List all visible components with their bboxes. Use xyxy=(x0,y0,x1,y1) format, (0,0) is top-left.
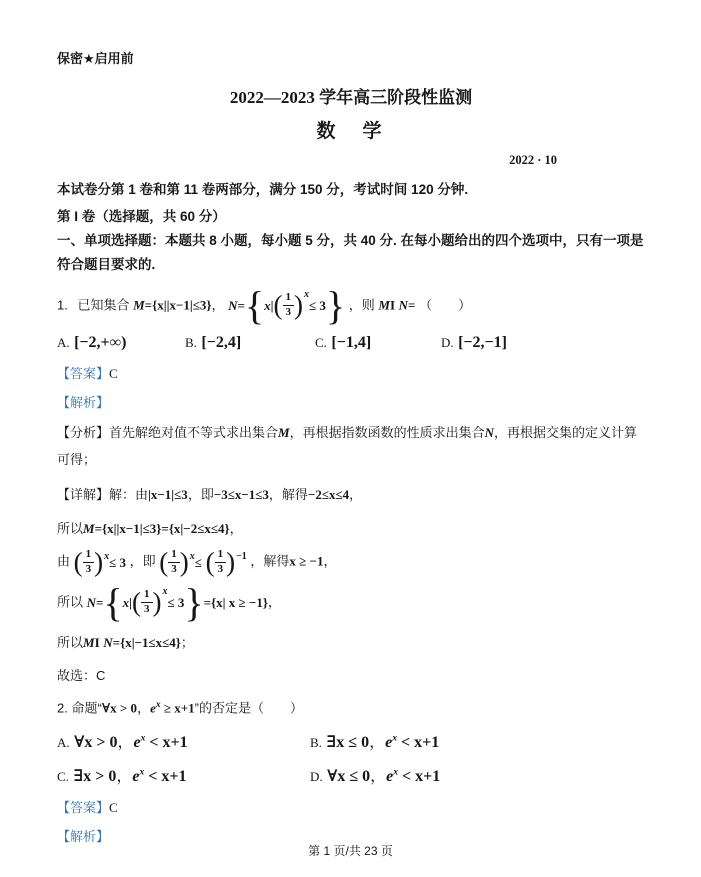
option-d: D. ∀x ≤ 0，ex < x+1 xyxy=(310,763,440,786)
left-paren: ( xyxy=(159,549,168,576)
option-a-label: A. xyxy=(57,335,70,350)
equals-sign: = xyxy=(161,521,168,536)
quantifier-condition: ∀x > 0 xyxy=(102,700,137,715)
set-n-name: N xyxy=(399,297,408,312)
comma: ， xyxy=(116,768,132,785)
fraction-numerator: 1 xyxy=(215,548,227,563)
option-c: C. ∃x > 0，ex < x+1 xyxy=(57,763,310,786)
question-1-detail: 【详解】解：由|x−1|≤3，即−3≤x−1≤3，解得−2≤x≤4， xyxy=(57,485,645,505)
fraction-denominator: 3 xyxy=(168,563,180,577)
question-1-answer-line: 【答案】C xyxy=(57,364,645,384)
question-2-answer-line: 【答案】C xyxy=(57,798,645,818)
inequality-rest: < x+1 xyxy=(145,734,187,751)
comma: ， xyxy=(369,734,385,751)
solution-inequality: x ≥ −1 xyxy=(289,554,323,569)
relation: ≤ xyxy=(195,553,202,573)
question-1-stem: 1. 已知集合 M={x||x−1|≤3}， N={x|(13)x≤ 3} ，则… xyxy=(57,286,645,326)
comma: ， xyxy=(137,700,150,715)
right-paren: ) xyxy=(226,549,235,576)
detail-formula-2: −3≤x−1≤3 xyxy=(214,487,269,502)
fraction-denominator: 3 xyxy=(283,306,295,320)
right-brace: } xyxy=(326,286,345,326)
exam-info: 本试卷分第 1 卷和第 11 卷两部分，满分 150 分，考试时间 120 分钟… xyxy=(57,178,645,198)
option-b: B. [−2,4] xyxy=(185,334,315,352)
solution-line-n: 所以 N={x|(13)x≤ 3}={x| x ≥ −1}， xyxy=(57,583,645,623)
left-brace: { xyxy=(245,286,264,326)
fraction-one-third: 13 xyxy=(168,548,180,577)
set-n-formula: N={x|(13)x≤ 3} xyxy=(228,286,345,326)
option-c-label: C. xyxy=(315,335,327,350)
comma: ， xyxy=(268,594,281,609)
fraction-denominator: 3 xyxy=(83,563,95,577)
quantifier-condition: ∃x ≤ 0 xyxy=(326,734,369,751)
inequality-rest: < x+1 xyxy=(144,768,186,785)
set-n-name: N xyxy=(87,593,96,613)
comma: ， xyxy=(230,521,243,536)
equals-sign: = xyxy=(408,297,415,312)
question-1-analysis-tag: 【解析】 xyxy=(57,393,645,413)
set-n-solution-formula: N={x|(13)x≤ 3}={x| x ≥ −1} xyxy=(87,583,268,623)
set-n-name: N xyxy=(103,635,112,650)
option-a: A. [−2,+∞) xyxy=(57,334,185,352)
question-1-number: 1. xyxy=(57,297,68,312)
option-d-label: D. xyxy=(310,769,323,784)
power-group-1: (13)x≤ 3 xyxy=(74,548,126,577)
answer-blank-parens: （ ） xyxy=(419,297,471,312)
fenxi-text-2: ，再根据指数函数的性质求出集合 xyxy=(290,425,485,440)
question-1-conclusion: 故选：C xyxy=(57,666,645,686)
set-expression: {x|−2≤x≤4} xyxy=(169,521,230,536)
set-n-name: N xyxy=(228,296,237,316)
question-2-options-row-1: A. ∀x > 0，ex < x+1 B. ∃x ≤ 0，ex < x+1 xyxy=(57,729,645,752)
set-m-name: M xyxy=(83,635,95,650)
fenxi-tag: 【分析】 xyxy=(57,425,109,440)
detail-text-3: ， xyxy=(349,487,362,502)
answer-value: C xyxy=(109,800,118,815)
page-content: 保密★启用前 2022—2023 学年高三阶段性监测 数 学 2022 · 10… xyxy=(0,0,701,847)
question-2-stem: 2. 命题“∀x > 0，ex ≥ x+1”的否定是（ ） xyxy=(57,698,645,718)
fenxi-text-1: 首先解绝对值不等式求出集合 xyxy=(109,425,278,440)
fraction-one-third: 13 xyxy=(83,548,95,577)
option-b: B. ∃x ≤ 0，ex < x+1 xyxy=(310,729,439,752)
option-c-value: [−1,4] xyxy=(331,334,371,351)
question-2-number: 2. xyxy=(57,700,68,715)
euler-e: e xyxy=(132,768,139,785)
text-suoyi: 所以 xyxy=(57,635,83,650)
euler-e: e xyxy=(133,734,140,751)
left-paren: ( xyxy=(274,292,283,319)
option-a-value: [−2,+∞) xyxy=(74,334,126,351)
equals-sign: = xyxy=(204,593,211,613)
comma: ， xyxy=(117,734,133,751)
right-paren: ) xyxy=(153,589,162,616)
option-d-label: D. xyxy=(441,335,454,350)
page-footer: 第 1 页/共 23 页 xyxy=(0,842,701,859)
relation: ≤ 3 xyxy=(309,296,326,316)
option-a-label: A. xyxy=(57,735,70,750)
answer-value: C xyxy=(109,366,118,381)
semicolon: ； xyxy=(181,635,194,650)
fraction-numerator: 1 xyxy=(283,291,295,306)
right-brace: } xyxy=(184,583,203,623)
comma: ， xyxy=(211,297,224,312)
power-group-2: (13)x≤ xyxy=(159,548,202,577)
set-n-name: N xyxy=(485,425,494,440)
comma: ， xyxy=(370,768,386,785)
text-ji: ，即 xyxy=(130,554,156,569)
question-2-text-1: 命题“ xyxy=(71,700,101,715)
equals-sign: = xyxy=(113,635,120,650)
fraction-one-third: 13 xyxy=(141,588,153,617)
intersection-op: I xyxy=(95,635,100,650)
question-2-options-row-2: C. ∃x > 0，ex < x+1 D. ∀x ≤ 0，ex < x+1 xyxy=(57,763,645,786)
set-m-name: M xyxy=(378,297,390,312)
text-suoyi: 所以 xyxy=(57,594,83,609)
solution-line-exponential: 由 (13)x≤ 3 ，即 (13)x≤ (13)−1 ，解得x ≥ −1， xyxy=(57,548,645,577)
option-d-value: [−2,−1] xyxy=(458,334,507,351)
solution-line-intersection: 所以MI N={x|−1≤x≤4}； xyxy=(57,633,645,653)
relation: ≤ 3 xyxy=(168,593,185,613)
exponent-minus-1: −1 xyxy=(236,549,247,564)
detail-formula-3: −2≤x≤4 xyxy=(308,487,349,502)
option-b-label: B. xyxy=(310,735,322,750)
detail-formula-1: |x−1|≤3 xyxy=(148,487,188,502)
document-page: 保密★启用前 2022—2023 学年高三阶段性监测 数 学 2022 · 10… xyxy=(0,0,701,877)
set-m-name: M xyxy=(133,297,145,312)
question-1-then: ，则 xyxy=(349,297,375,312)
set-m-definition: {x||x−1|≤3} xyxy=(152,297,211,312)
intersection-op: I xyxy=(390,297,395,312)
section-instructions: 一、单项选择题：本题共 8 小题，每小题 5 分，共 40 分. 在每小题给出的… xyxy=(57,229,645,278)
option-c-label: C. xyxy=(57,769,69,784)
question-1-intro: 已知集合 xyxy=(77,297,129,312)
inequality-rest: < x+1 xyxy=(398,768,440,785)
inequality-rest: ≥ x+1 xyxy=(161,700,195,715)
set-m-name: M xyxy=(278,425,290,440)
equals-sign: = xyxy=(95,521,102,536)
quantifier-condition: ∃x > 0 xyxy=(73,768,116,785)
left-brace: { xyxy=(103,583,122,623)
option-b-value: [−2,4] xyxy=(201,334,241,351)
section-title: 第 I 卷（选择题，共 60 分） xyxy=(57,205,645,225)
exam-title: 2022—2023 学年高三阶段性监测 xyxy=(57,83,645,108)
quantifier-condition: ∀x ≤ 0 xyxy=(327,768,370,785)
analysis-tag: 【解析】 xyxy=(57,395,109,410)
inequality-rest: < x+1 xyxy=(397,734,439,751)
set-expression: {x||x−1|≤3} xyxy=(102,521,161,536)
fraction-one-third: 13 xyxy=(215,548,227,577)
power-group-3: (13)−1 xyxy=(206,548,247,577)
equals-sign: = xyxy=(238,296,245,316)
fraction-one-third: 13 xyxy=(283,291,295,320)
detail-text-1: ，即 xyxy=(188,487,214,502)
fraction-denominator: 3 xyxy=(141,603,153,617)
left-paren: ( xyxy=(206,549,215,576)
detail-text-0: 解：由 xyxy=(109,487,148,502)
option-b-label: B. xyxy=(185,335,197,350)
option-c: C. [−1,4] xyxy=(315,334,441,352)
fraction-numerator: 1 xyxy=(141,588,153,603)
text-you: 由 xyxy=(57,554,70,569)
text-suoyi: 所以 xyxy=(57,521,83,536)
xiangjie-tag: 【详解】 xyxy=(57,487,109,502)
right-paren: ) xyxy=(294,292,303,319)
detail-text-2: ，解得 xyxy=(269,487,308,502)
fraction-numerator: 1 xyxy=(83,548,95,563)
question-1-options: A. [−2,+∞) B. [−2,4] C. [−1,4] D. [−2,−1… xyxy=(57,334,645,352)
text-jiede: ，解得 xyxy=(250,554,289,569)
answer-tag: 【答案】 xyxy=(57,366,109,381)
security-notice: 保密★启用前 xyxy=(57,48,645,67)
left-paren: ( xyxy=(74,549,83,576)
answer-tag: 【答案】 xyxy=(57,800,109,815)
equals-sign: = xyxy=(96,593,103,613)
subject-title: 数 学 xyxy=(57,116,645,143)
relation: ≤ 3 xyxy=(109,553,126,573)
solution-line-m: 所以M={x||x−1|≤3}={x|−2≤x≤4}， xyxy=(57,519,645,539)
left-paren: ( xyxy=(132,589,141,616)
question-2-text-2: ”的否定是（ ） xyxy=(195,700,303,715)
option-a: A. ∀x > 0，ex < x+1 xyxy=(57,729,310,752)
equals-sign: = xyxy=(145,297,152,312)
comma: ， xyxy=(323,554,336,569)
option-d: D. [−2,−1] xyxy=(441,334,507,352)
set-expression: {x| x ≥ −1} xyxy=(211,593,268,613)
set-m-name: M xyxy=(83,521,95,536)
question-1-fenxi: 【分析】首先解绝对值不等式求出集合M，再根据指数函数的性质求出集合N，再根据交集… xyxy=(57,419,645,474)
exam-date: 2022 · 10 xyxy=(57,153,645,168)
set-expression: {x|−1≤x≤4} xyxy=(120,635,181,650)
fraction-numerator: 1 xyxy=(168,548,180,563)
right-paren: ) xyxy=(180,549,189,576)
quantifier-condition: ∀x > 0 xyxy=(74,734,117,751)
fraction-denominator: 3 xyxy=(215,563,227,577)
right-paren: ) xyxy=(94,549,103,576)
